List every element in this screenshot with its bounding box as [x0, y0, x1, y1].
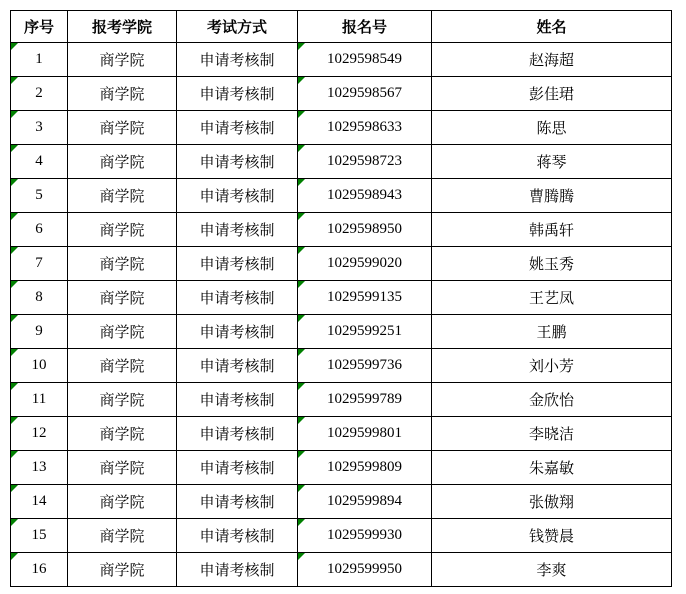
cell-method: 申请考核制	[177, 145, 298, 179]
cell-no: 4	[11, 145, 68, 179]
table-row: 2商学院申请考核制1029598567彭佳珺	[11, 77, 672, 111]
cell-no: 1	[11, 43, 68, 77]
text-format-flag-icon	[298, 247, 305, 254]
cell-no: 8	[11, 281, 68, 315]
cell-college: 商学院	[68, 451, 177, 485]
text-format-flag-icon	[298, 553, 305, 560]
cell-college: 商学院	[68, 111, 177, 145]
table-row: 16商学院申请考核制1029599950李爽	[11, 553, 672, 587]
cell-name: 刘小芳	[432, 349, 672, 383]
table-row: 12商学院申请考核制1029599801李晓洁	[11, 417, 672, 451]
cell-name: 李爽	[432, 553, 672, 587]
cell-method: 申请考核制	[177, 315, 298, 349]
text-format-flag-icon	[298, 43, 305, 50]
header-name: 姓名	[432, 11, 672, 43]
applicant-table-container: 序号 报考学院 考试方式 报名号 姓名 1商学院申请考核制1029598549赵…	[10, 10, 672, 587]
table-row: 10商学院申请考核制1029599736刘小芳	[11, 349, 672, 383]
cell-reg-no: 1029598723	[298, 145, 432, 179]
text-format-flag-icon	[298, 77, 305, 84]
cell-name: 张傲翔	[432, 485, 672, 519]
cell-reg-no: 1029599135	[298, 281, 432, 315]
cell-method: 申请考核制	[177, 77, 298, 111]
cell-no: 12	[11, 417, 68, 451]
text-format-flag-icon	[298, 519, 305, 526]
cell-no: 13	[11, 451, 68, 485]
cell-college: 商学院	[68, 417, 177, 451]
cell-reg-no: 1029598943	[298, 179, 432, 213]
cell-reg-no: 1029599809	[298, 451, 432, 485]
text-format-flag-icon	[11, 417, 18, 424]
cell-college: 商学院	[68, 43, 177, 77]
text-format-flag-icon	[11, 349, 18, 356]
cell-no: 3	[11, 111, 68, 145]
table-row: 5商学院申请考核制1029598943曹腾腾	[11, 179, 672, 213]
cell-name: 王艺凤	[432, 281, 672, 315]
text-format-flag-icon	[11, 315, 18, 322]
header-reg-no: 报名号	[298, 11, 432, 43]
cell-reg-no: 1029598549	[298, 43, 432, 77]
cell-method: 申请考核制	[177, 247, 298, 281]
cell-no: 14	[11, 485, 68, 519]
cell-method: 申请考核制	[177, 553, 298, 587]
header-exam-method: 考试方式	[177, 11, 298, 43]
cell-method: 申请考核制	[177, 349, 298, 383]
cell-method: 申请考核制	[177, 179, 298, 213]
text-format-flag-icon	[298, 281, 305, 288]
text-format-flag-icon	[298, 111, 305, 118]
cell-name: 王鹏	[432, 315, 672, 349]
table-row: 7商学院申请考核制1029599020姚玉秀	[11, 247, 672, 281]
table-row: 4商学院申请考核制1029598723蒋琴	[11, 145, 672, 179]
applicant-table: 序号 报考学院 考试方式 报名号 姓名 1商学院申请考核制1029598549赵…	[10, 10, 672, 587]
cell-college: 商学院	[68, 315, 177, 349]
cell-reg-no: 1029599950	[298, 553, 432, 587]
cell-method: 申请考核制	[177, 111, 298, 145]
text-format-flag-icon	[11, 247, 18, 254]
cell-college: 商学院	[68, 247, 177, 281]
cell-name: 彭佳珺	[432, 77, 672, 111]
cell-name: 赵海超	[432, 43, 672, 77]
cell-reg-no: 1029599736	[298, 349, 432, 383]
cell-method: 申请考核制	[177, 451, 298, 485]
text-format-flag-icon	[11, 553, 18, 560]
cell-method: 申请考核制	[177, 43, 298, 77]
cell-reg-no: 1029598567	[298, 77, 432, 111]
cell-college: 商学院	[68, 383, 177, 417]
cell-name: 曹腾腾	[432, 179, 672, 213]
cell-no: 16	[11, 553, 68, 587]
text-format-flag-icon	[298, 213, 305, 220]
cell-name: 姚玉秀	[432, 247, 672, 281]
cell-name: 朱嘉敏	[432, 451, 672, 485]
text-format-flag-icon	[11, 213, 18, 220]
table-row: 6商学院申请考核制1029598950韩禹轩	[11, 213, 672, 247]
cell-college: 商学院	[68, 213, 177, 247]
cell-no: 5	[11, 179, 68, 213]
text-format-flag-icon	[11, 451, 18, 458]
cell-name: 金欣怡	[432, 383, 672, 417]
cell-name: 李晓洁	[432, 417, 672, 451]
cell-reg-no: 1029598633	[298, 111, 432, 145]
cell-no: 9	[11, 315, 68, 349]
table-row: 14商学院申请考核制1029599894张傲翔	[11, 485, 672, 519]
cell-no: 15	[11, 519, 68, 553]
text-format-flag-icon	[11, 485, 18, 492]
cell-method: 申请考核制	[177, 281, 298, 315]
cell-reg-no: 1029599789	[298, 383, 432, 417]
text-format-flag-icon	[298, 349, 305, 356]
text-format-flag-icon	[11, 77, 18, 84]
table-row: 11商学院申请考核制1029599789金欣怡	[11, 383, 672, 417]
cell-name: 韩禹轩	[432, 213, 672, 247]
cell-no: 10	[11, 349, 68, 383]
text-format-flag-icon	[11, 145, 18, 152]
cell-reg-no: 1029599894	[298, 485, 432, 519]
cell-method: 申请考核制	[177, 383, 298, 417]
text-format-flag-icon	[11, 383, 18, 390]
cell-college: 商学院	[68, 77, 177, 111]
cell-reg-no: 1029598950	[298, 213, 432, 247]
table-row: 1商学院申请考核制1029598549赵海超	[11, 43, 672, 77]
table-row: 13商学院申请考核制1029599809朱嘉敏	[11, 451, 672, 485]
cell-college: 商学院	[68, 349, 177, 383]
cell-reg-no: 1029599020	[298, 247, 432, 281]
cell-reg-no: 1029599801	[298, 417, 432, 451]
text-format-flag-icon	[298, 315, 305, 322]
cell-reg-no: 1029599251	[298, 315, 432, 349]
cell-college: 商学院	[68, 485, 177, 519]
text-format-flag-icon	[298, 383, 305, 390]
cell-method: 申请考核制	[177, 485, 298, 519]
text-format-flag-icon	[298, 451, 305, 458]
header-row: 序号 报考学院 考试方式 报名号 姓名	[11, 11, 672, 43]
table-row: 3商学院申请考核制1029598633陈思	[11, 111, 672, 145]
cell-method: 申请考核制	[177, 213, 298, 247]
cell-no: 7	[11, 247, 68, 281]
table-row: 8商学院申请考核制1029599135王艺凤	[11, 281, 672, 315]
cell-no: 6	[11, 213, 68, 247]
cell-college: 商学院	[68, 519, 177, 553]
cell-method: 申请考核制	[177, 519, 298, 553]
cell-college: 商学院	[68, 179, 177, 213]
cell-college: 商学院	[68, 553, 177, 587]
cell-name: 陈思	[432, 111, 672, 145]
table-row: 15商学院申请考核制1029599930钱赞晨	[11, 519, 672, 553]
text-format-flag-icon	[11, 179, 18, 186]
text-format-flag-icon	[11, 43, 18, 50]
header-college: 报考学院	[68, 11, 177, 43]
table-body: 1商学院申请考核制1029598549赵海超2商学院申请考核制102959856…	[11, 43, 672, 587]
text-format-flag-icon	[298, 179, 305, 186]
table-row: 9商学院申请考核制1029599251王鹏	[11, 315, 672, 349]
text-format-flag-icon	[11, 111, 18, 118]
cell-no: 2	[11, 77, 68, 111]
cell-name: 钱赞晨	[432, 519, 672, 553]
cell-college: 商学院	[68, 145, 177, 179]
cell-no: 11	[11, 383, 68, 417]
cell-name: 蒋琴	[432, 145, 672, 179]
header-no: 序号	[11, 11, 68, 43]
text-format-flag-icon	[298, 145, 305, 152]
text-format-flag-icon	[298, 485, 305, 492]
text-format-flag-icon	[11, 519, 18, 526]
text-format-flag-icon	[11, 281, 18, 288]
cell-method: 申请考核制	[177, 417, 298, 451]
cell-reg-no: 1029599930	[298, 519, 432, 553]
text-format-flag-icon	[298, 417, 305, 424]
cell-college: 商学院	[68, 281, 177, 315]
